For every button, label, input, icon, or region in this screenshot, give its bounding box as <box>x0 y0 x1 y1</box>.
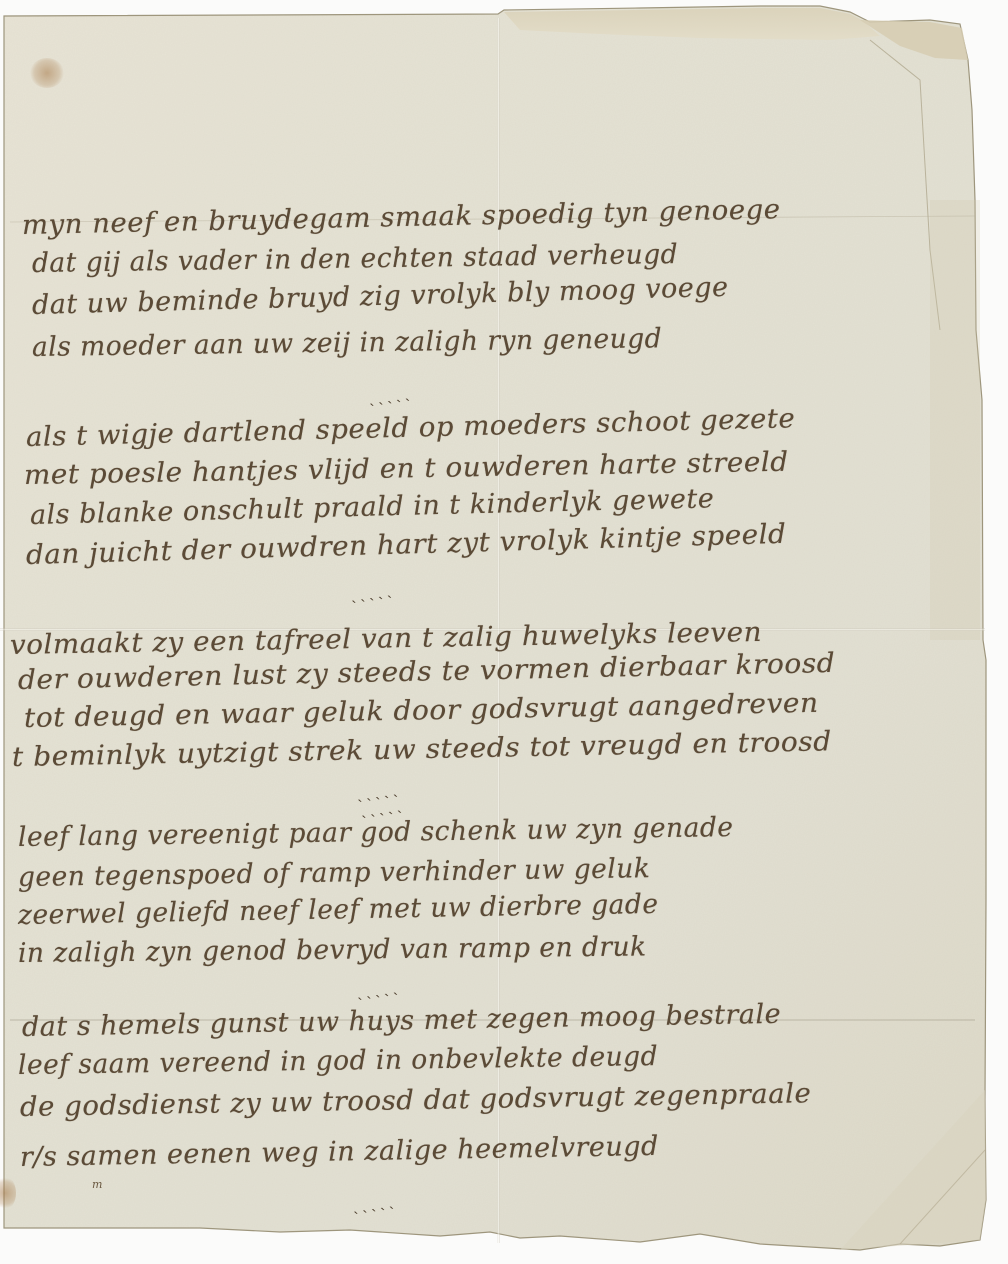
ink-stain <box>30 58 64 88</box>
poem-line: in zaligh zyn genod bevryd van ramp en d… <box>18 931 647 969</box>
margin-mark: m <box>92 1178 102 1191</box>
scanned-manuscript: myn neef en bruydegam smaak spoedig tyn … <box>0 0 1008 1264</box>
